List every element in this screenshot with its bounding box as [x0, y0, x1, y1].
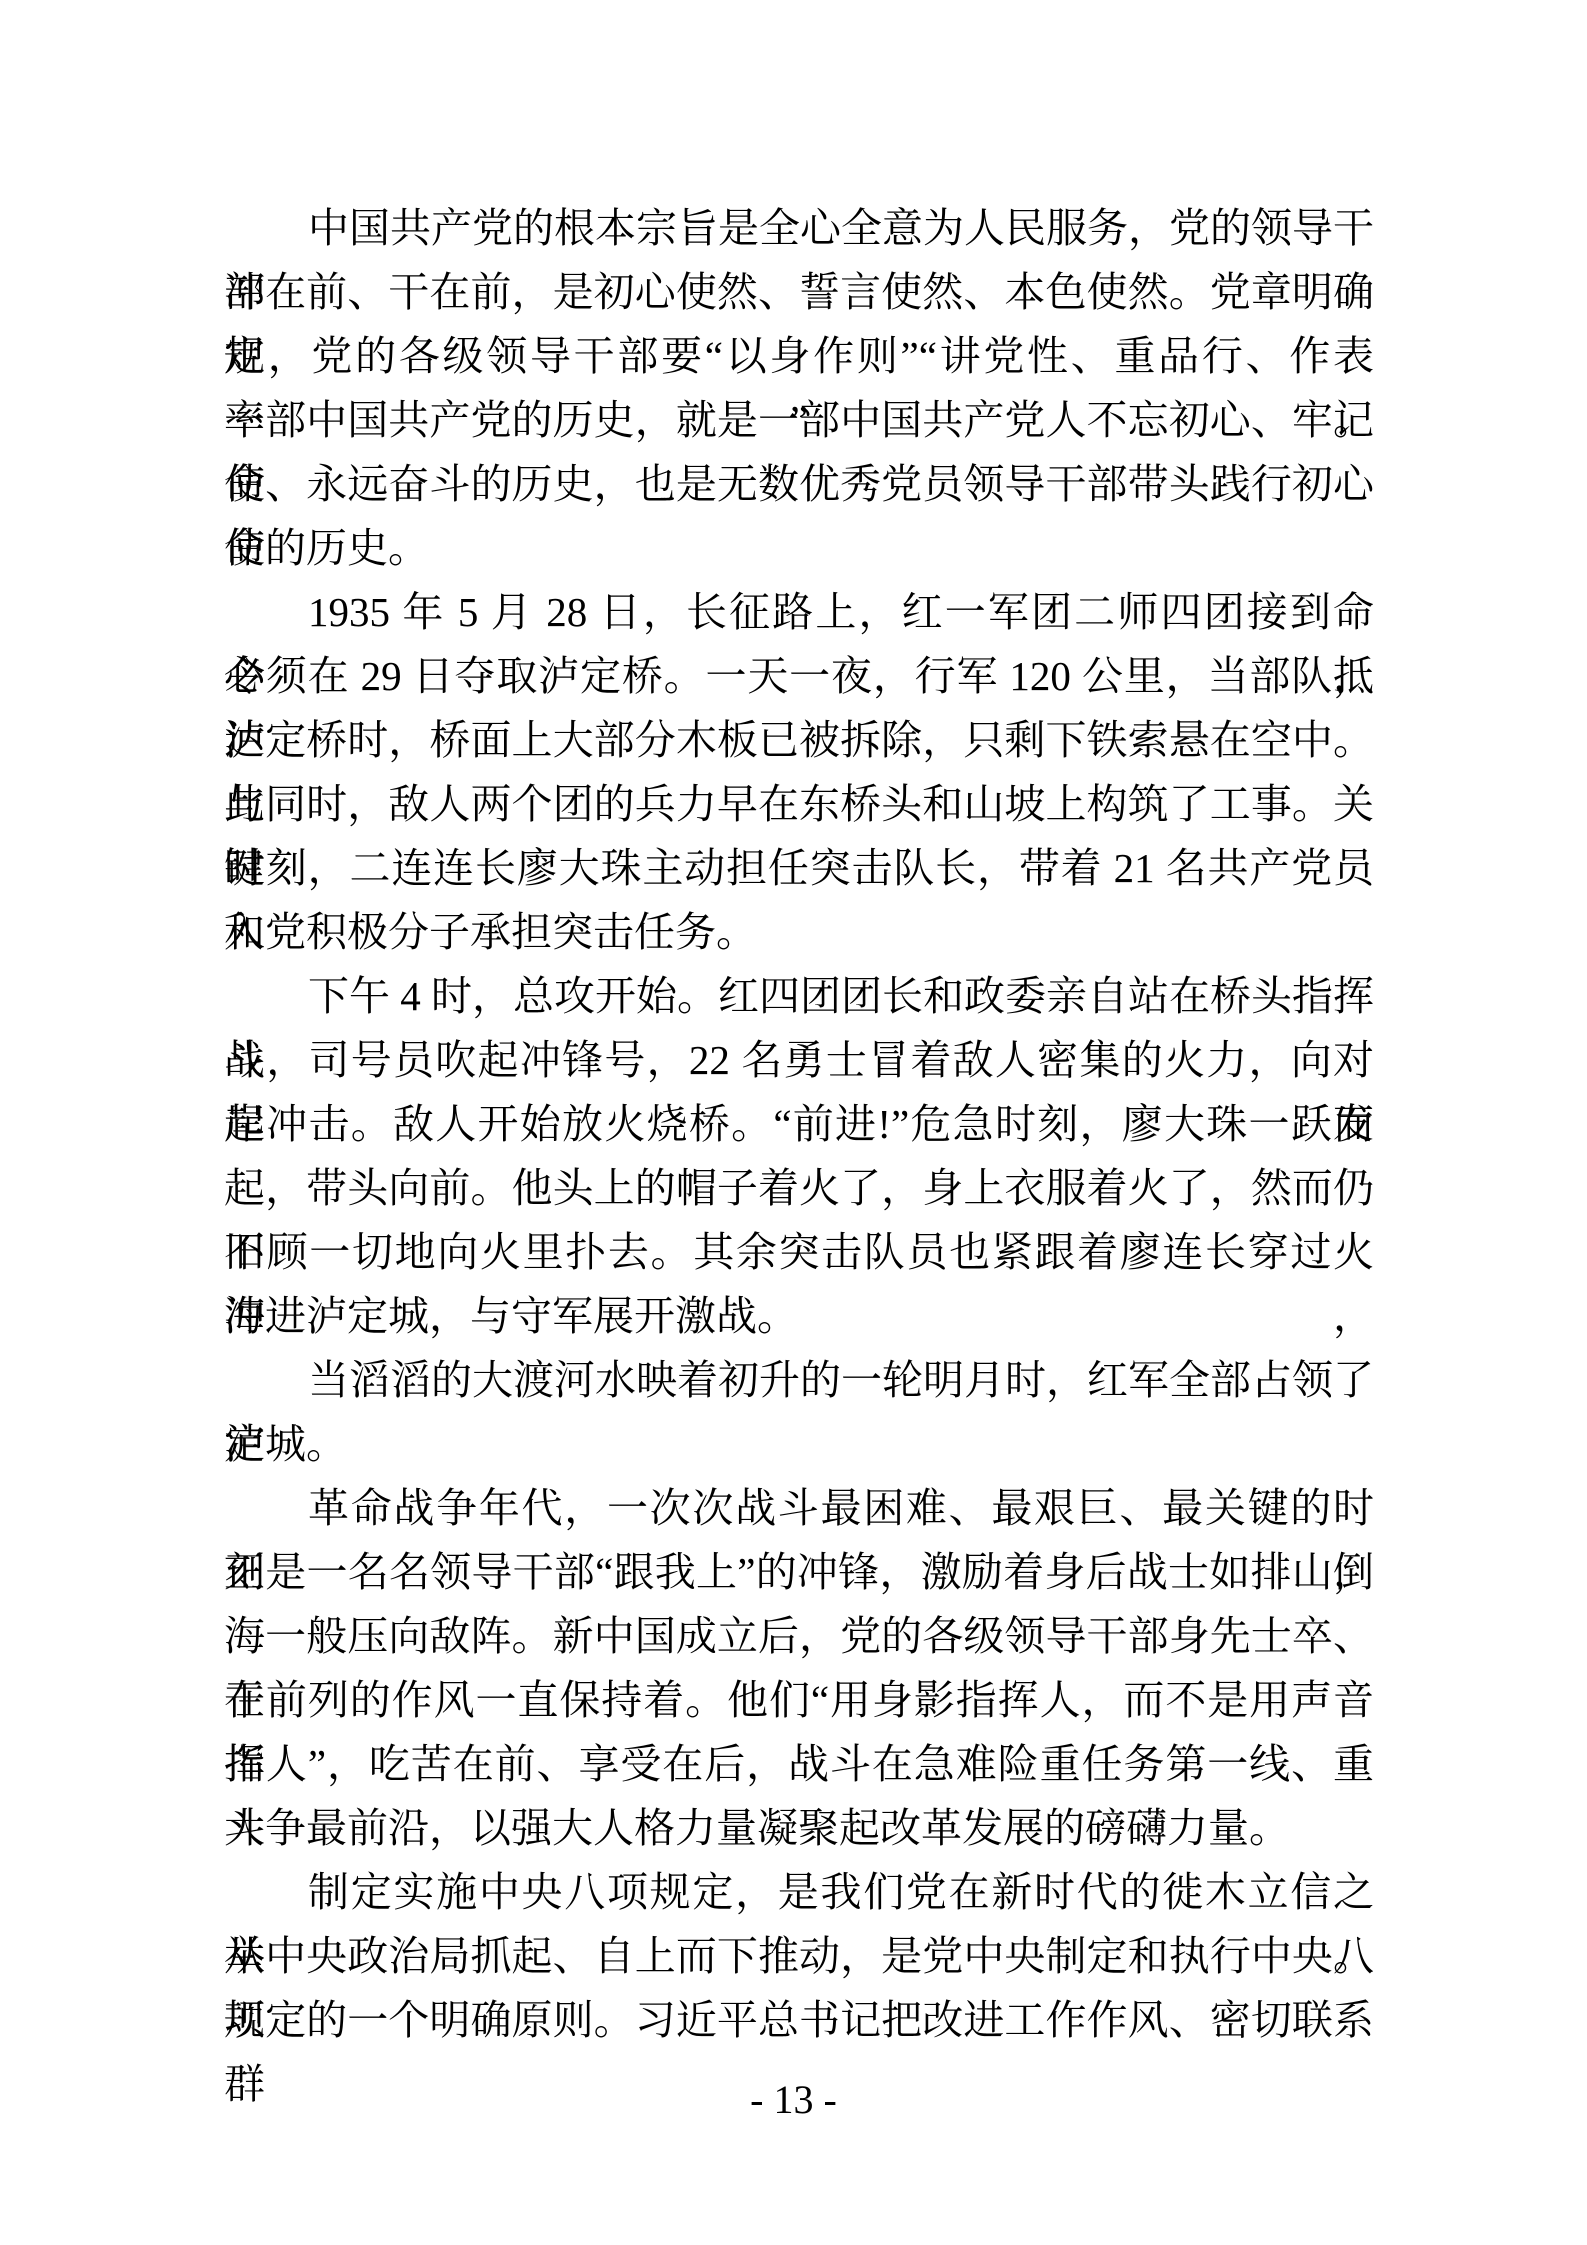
text-line: 必须在 29 日夺取泸定桥。一天一夜，行军 120 公里，当部队抵达	[224, 644, 1374, 708]
document-body: 中国共产党的根本宗旨是全心全意为人民服务，党的领导干部冲在前、干在前，是初心使然…	[224, 196, 1374, 2052]
text-line: 起，带头向前。他头上的帽子着火了，身上衣服着火了，然而仍旧	[224, 1156, 1374, 1220]
text-line: 冲在前、干在前，是初心使然、誓言使然、本色使然。党章明确规	[224, 260, 1374, 324]
text-line: 斗，司号员吹起冲锋号，22 名勇士冒着敌人密集的火力，向对岸发	[224, 1028, 1374, 1092]
text-line: 斗争最前沿，以强大人格力量凝聚起改革发展的磅礴力量。	[224, 1796, 1374, 1860]
text-line: 起冲击。敌人开始放火烧桥。“前进!”危急时刻，廖大珠一跃而	[224, 1092, 1374, 1156]
text-line: 海一般压向敌阵。新中国成立后，党的各级领导干部身先士卒、干	[224, 1604, 1374, 1668]
text-line: 此同时，敌人两个团的兵力早在东桥头和山坡上构筑了工事。关键	[224, 772, 1374, 836]
text-line: 一部中国共产党的历史，就是一部中国共产党人不忘初心、牢记使	[224, 388, 1374, 452]
text-line: 正是一名名领导干部“跟我上”的冲锋，激励着身后战士如排山倒	[224, 1540, 1374, 1604]
text-line: 下午 4 时，总攻开始。红四团团长和政委亲自站在桥头指挥战	[224, 964, 1374, 1028]
text-line: 1935 年 5 月 28 日，长征路上，红一军团二师四团接到命令，	[224, 580, 1374, 644]
text-line: 时刻，二连连长廖大珠主动担任突击队长，带着 21 名共产党员和	[224, 836, 1374, 900]
text-line: 泸定桥时，桥面上大部分木板已被拆除，只剩下铁索悬在空中。与	[224, 708, 1374, 772]
text-line: 在前列的作风一直保持着。他们“用身影指挥人，而不是用声音指	[224, 1668, 1374, 1732]
page-number: - 13 -	[0, 2068, 1587, 2132]
text-line: 不顾一切地向火里扑去。其余突击队员也紧跟着廖连长穿过火海，	[224, 1220, 1374, 1284]
document-page: 中国共产党的根本宗旨是全心全意为人民服务，党的领导干部冲在前、干在前，是初心使然…	[0, 0, 1587, 2245]
text-line: 革命战争年代，一次次战斗最困难、最艰巨、最关键的时刻，	[224, 1476, 1374, 1540]
text-line: 中国共产党的根本宗旨是全心全意为人民服务，党的领导干部	[224, 196, 1374, 260]
text-line: 当滔滔的大渡河水映着初升的一轮明月时，红军全部占领了泸	[224, 1348, 1374, 1412]
text-line: 入党积极分子承担突击任务。	[224, 900, 1374, 964]
text-line: 定，党的各级领导干部要“以身作则”“讲党性、重品行、作表率”。	[224, 324, 1374, 388]
text-line: 制定实施中央八项规定，是我们党在新时代的徙木立信之举。	[224, 1860, 1374, 1924]
text-line: 定城。	[224, 1412, 1374, 1476]
text-line: 命、永远奋斗的历史，也是无数优秀党员领导干部带头践行初心使	[224, 452, 1374, 516]
text-line: 从中央政治局抓起、自上而下推动，是党中央制定和执行中央八项	[224, 1924, 1374, 1988]
text-line: 命的历史。	[224, 516, 1374, 580]
text-line: 挥人”，吃苦在前、享受在后，战斗在急难险重任务第一线、重大	[224, 1732, 1374, 1796]
text-line: 规定的一个明确原则。习近平总书记把改进工作作风、密切联系群	[224, 1988, 1374, 2052]
